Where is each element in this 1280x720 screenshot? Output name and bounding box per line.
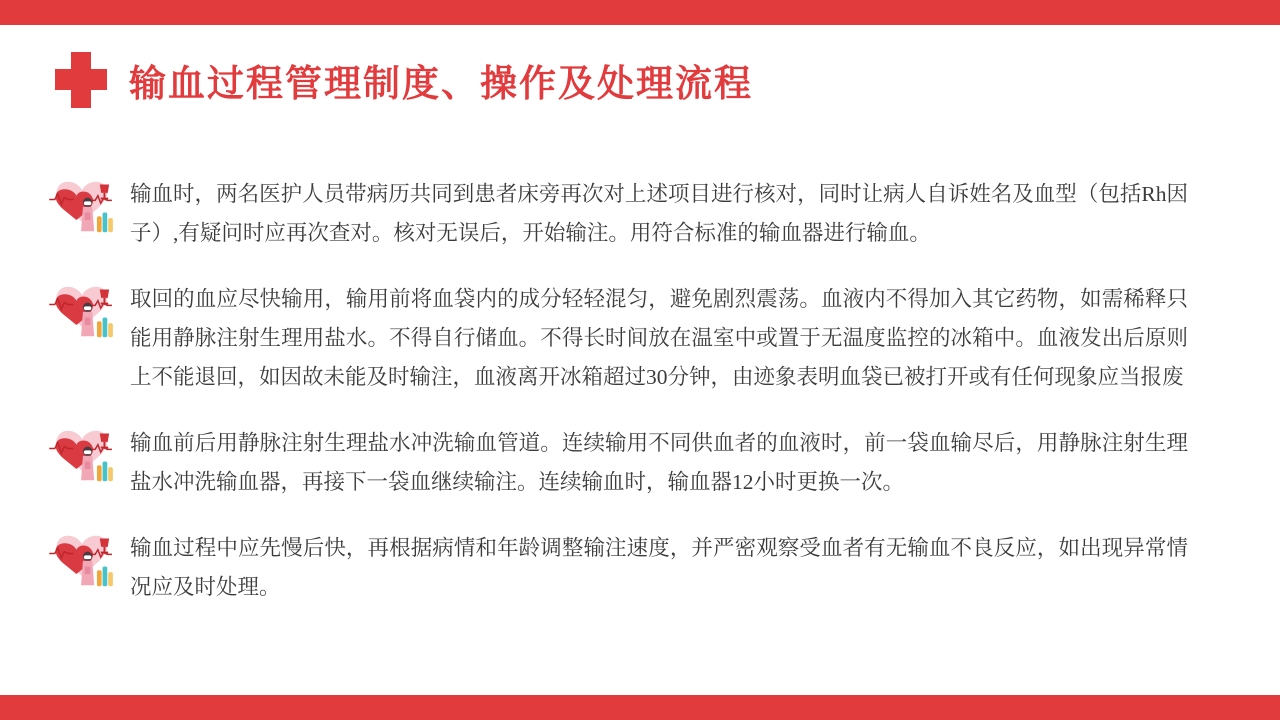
bottom-accent-bar [0, 695, 1280, 720]
red-cross-icon [55, 52, 107, 108]
bullet-item: 输血过程中应先慢后快，再根据病情和年龄调整输注速度，并严密观察受血者有无输血不良… [48, 529, 1198, 607]
bullet-text: 输血时，两名医护人员带病历共同到患者床旁再次对上述项目进行核对，同时让病人自诉姓… [130, 175, 1188, 253]
heart-nurse-blood-icon [48, 426, 116, 484]
heart-nurse-blood-icon [48, 531, 116, 589]
bullet-item: 取回的血应尽快输用，输用前将血袋内的成分轻轻混匀，避免剧烈震荡。血液内不得加入其… [48, 280, 1198, 397]
slide-header: 输血过程管理制度、操作及处理流程 [55, 52, 753, 108]
bullet-item: 输血前后用静脉注射生理盐水冲洗输血管道。连续输用不同供血者的血液时，前一袋血输尽… [48, 424, 1198, 502]
heart-nurse-blood-icon [48, 282, 116, 340]
bullet-text: 输血过程中应先慢后快，再根据病情和年龄调整输注速度，并严密观察受血者有无输血不良… [130, 529, 1188, 607]
bullet-item: 输血时，两名医护人员带病历共同到患者床旁再次对上述项目进行核对，同时让病人自诉姓… [48, 175, 1198, 253]
bullet-text: 输血前后用静脉注射生理盐水冲洗输血管道。连续输用不同供血者的血液时，前一袋血输尽… [130, 424, 1188, 502]
heart-nurse-blood-icon [48, 177, 116, 235]
bullet-list: 输血时，两名医护人员带病历共同到患者床旁再次对上述项目进行核对，同时让病人自诉姓… [48, 175, 1198, 634]
slide-title: 输血过程管理制度、操作及处理流程 [129, 53, 753, 107]
bullet-text: 取回的血应尽快输用，输用前将血袋内的成分轻轻混匀，避免剧烈震荡。血液内不得加入其… [130, 280, 1188, 397]
top-accent-bar [0, 0, 1280, 25]
